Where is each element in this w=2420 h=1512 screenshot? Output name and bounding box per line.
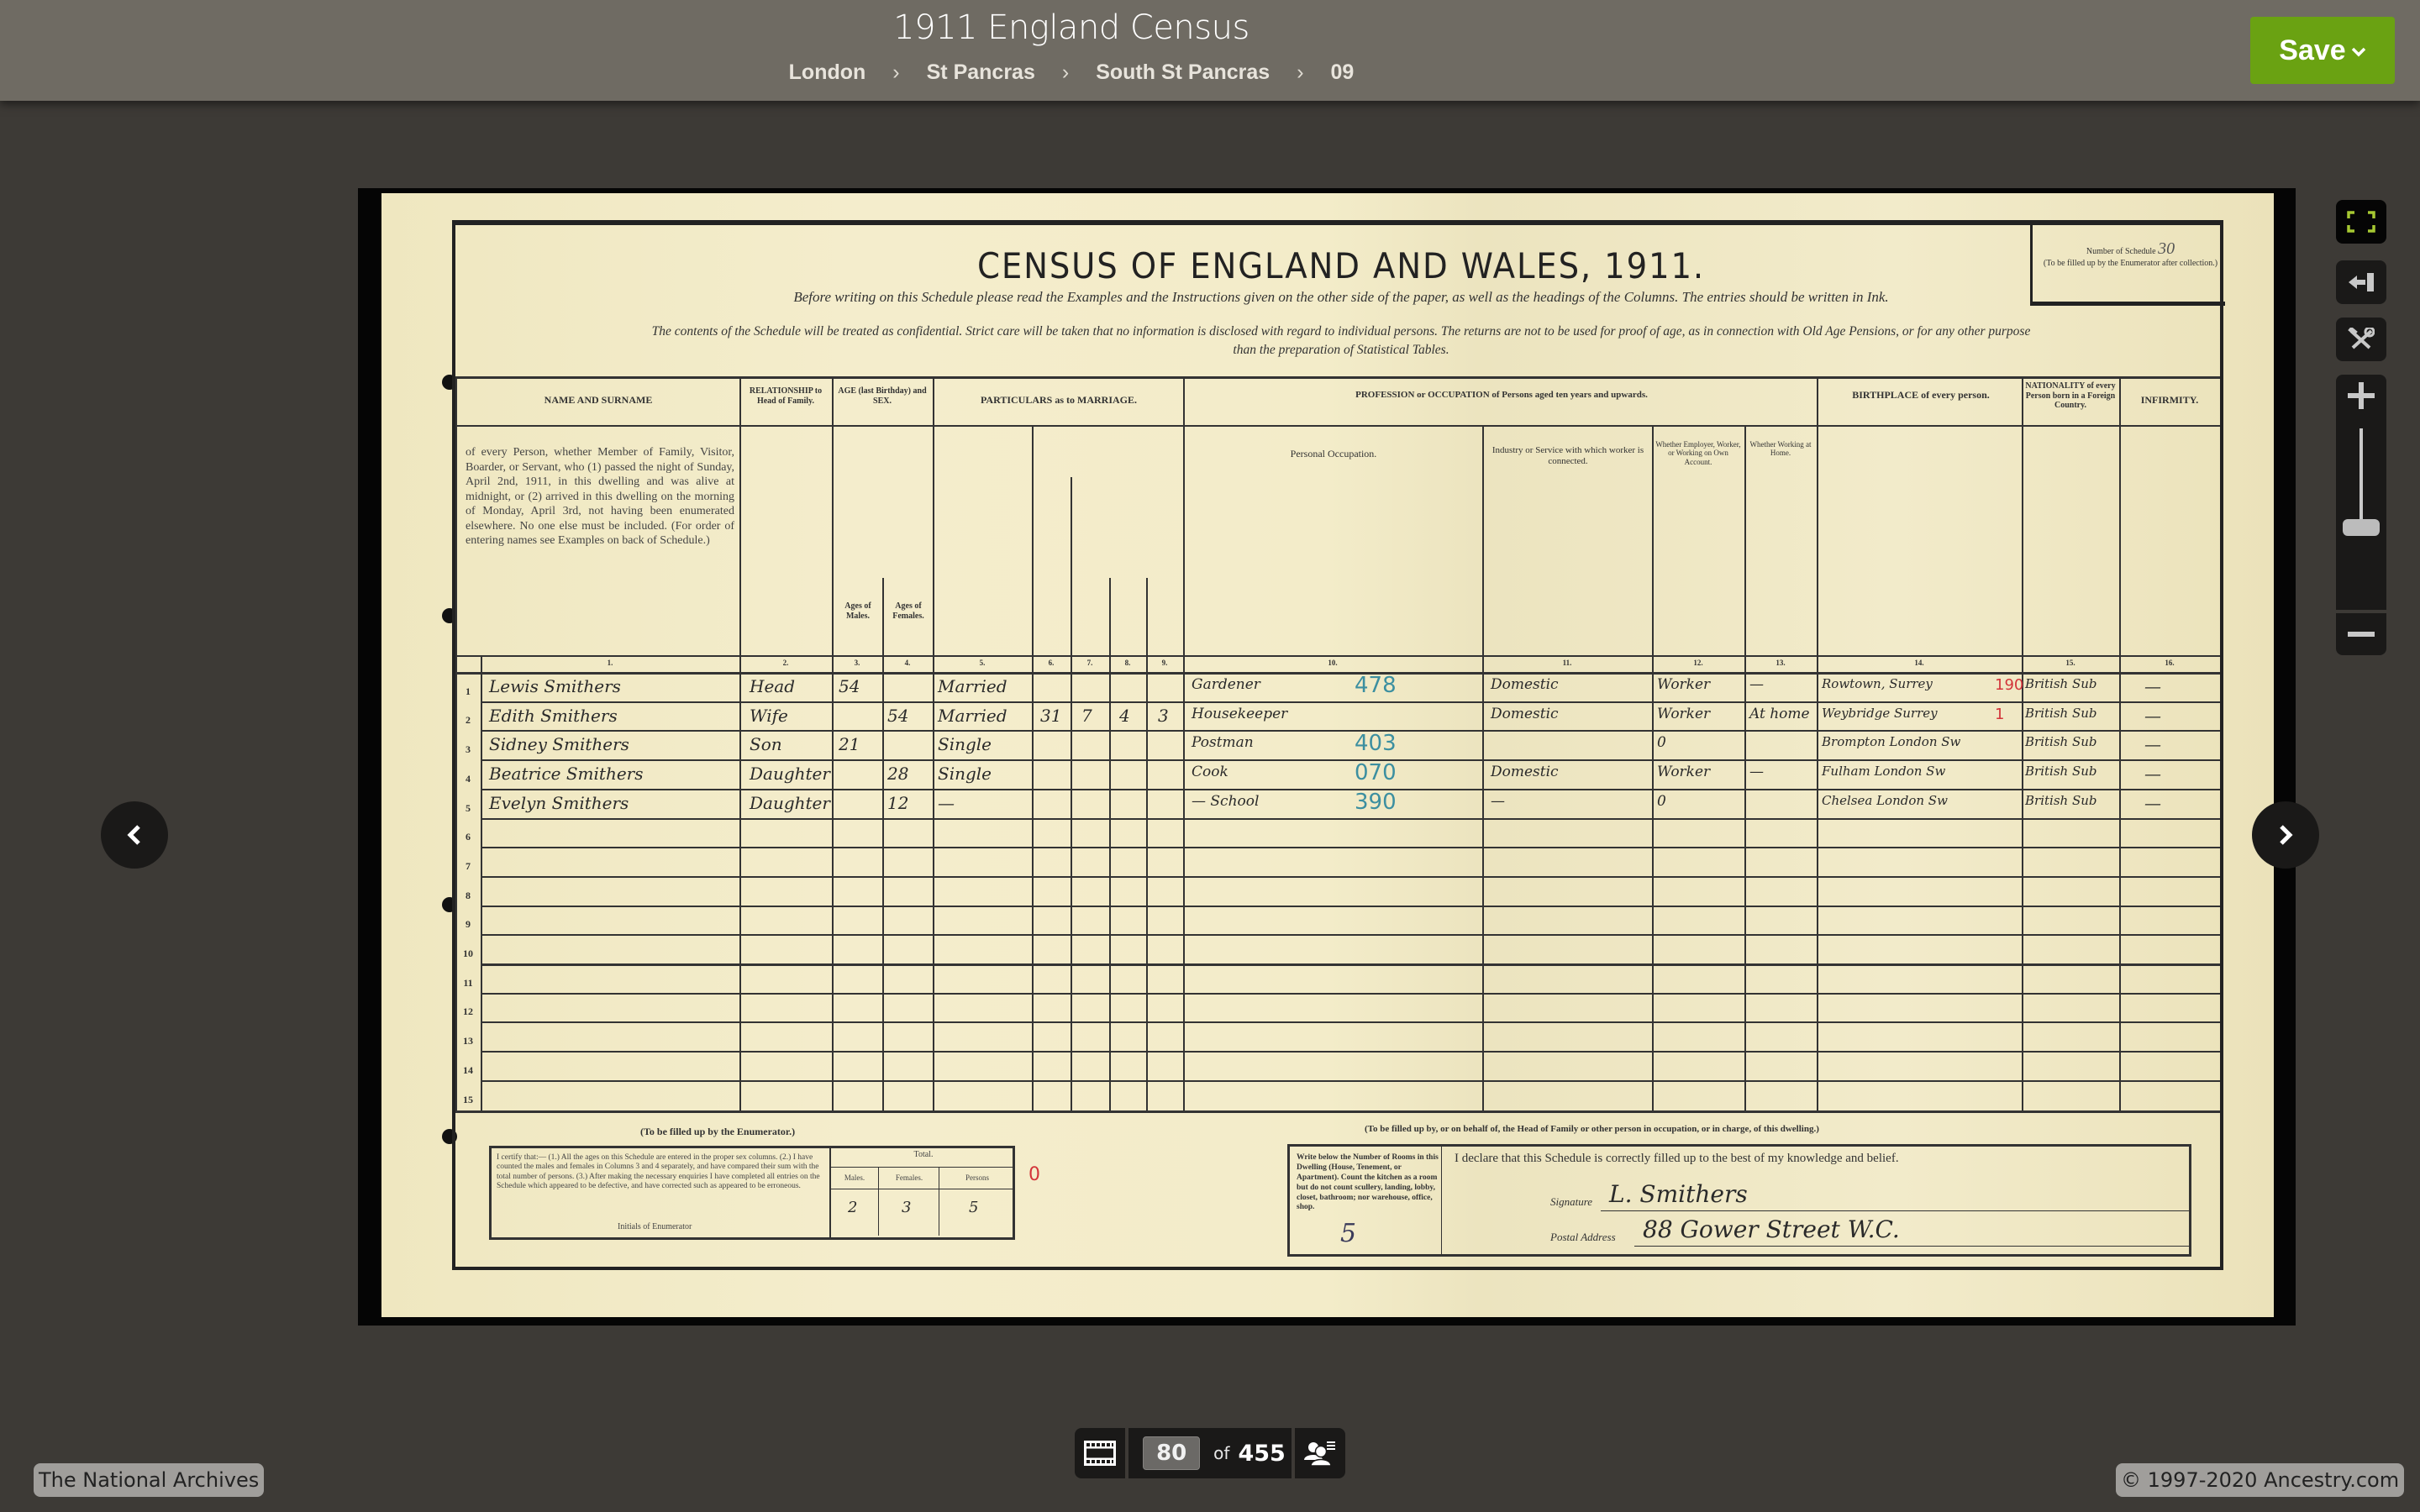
col-header-occupation: PROFESSION or OCCUPATION of Persons aged… <box>1186 390 1817 401</box>
rule <box>933 376 934 1110</box>
rule <box>1109 578 1111 1110</box>
occupation-cell: Cook <box>1192 764 1228 780</box>
zoom-out-button[interactable] <box>2336 613 2386 655</box>
rule <box>939 1167 939 1236</box>
marital-status-cell: Married <box>938 676 1007 696</box>
col-header-employer: Whether Employer, Worker, or Working on … <box>1654 440 1743 466</box>
rule <box>1744 425 1746 1110</box>
column-number: 13. <box>1770 659 1791 667</box>
filmstrip-button[interactable] <box>1075 1428 1125 1478</box>
marital-status-cell: Married <box>938 706 1007 726</box>
employer-status-cell: 0 <box>1657 734 1666 751</box>
totals-label: Total. <box>831 1150 1016 1159</box>
row-number: 4 <box>457 773 479 785</box>
save-button[interactable]: Save <box>2250 17 2395 84</box>
male-age-cell: 54 <box>839 676 860 696</box>
row-number: 2 <box>457 714 479 727</box>
males-label: Males. <box>831 1173 878 1182</box>
relationship-cell: Daughter <box>750 764 830 784</box>
industry-cell: Domestic <box>1491 706 1559 722</box>
total-pages: 455 <box>1238 1441 1285 1467</box>
schedule-number: 30 <box>2158 239 2175 258</box>
name-cell: Lewis Smithers <box>489 676 621 696</box>
rule <box>1482 425 1484 1110</box>
zoom-slider[interactable] <box>2336 415 2386 610</box>
col-header-nationality: NATIONALITY of every Person born in a Fo… <box>2023 381 2117 411</box>
row-rule <box>481 847 2220 848</box>
rule <box>455 1110 2220 1113</box>
initials-label: Initials of Enumerator <box>618 1222 692 1231</box>
row-number: 10 <box>457 948 479 960</box>
column-number: 6. <box>1040 659 1062 667</box>
tools-button[interactable] <box>2336 318 2386 361</box>
col-header-age: AGE (last Birthday) and SEX. <box>834 386 931 406</box>
collapse-panel-icon <box>2347 272 2375 292</box>
employer-status-cell: Worker <box>1657 706 1710 722</box>
row-number: 3 <box>457 743 479 756</box>
previous-image-button[interactable] <box>101 801 168 869</box>
occupation-cell: Housekeeper <box>1192 706 1287 722</box>
col-header-ages-females: Ages of Females. <box>884 601 933 621</box>
postal-address: 88 Gower Street W.C. <box>1643 1215 1900 1243</box>
document-title: CENSUS OF ENGLAND AND WALES, 1911. <box>526 245 2155 286</box>
red-mark: 0 <box>1028 1164 1040 1185</box>
birthplace-code: 1 <box>1995 706 2004 723</box>
col-header-industry: Industry or Service with which worker is… <box>1486 445 1650 466</box>
row-rule <box>481 876 2220 878</box>
collapse-panel-button[interactable] <box>2336 260 2386 304</box>
col-header-name: NAME AND SURNAME <box>472 395 724 407</box>
nationality-cell: British Sub <box>2025 793 2096 808</box>
census-form: Number of Schedule 30 (To be filled up b… <box>452 220 2223 1270</box>
head-of-family-label: (To be filled up by, or on behalf of, th… <box>1365 1124 1819 1134</box>
copyright-notice: © 1997-2020 Ancestry.com <box>2116 1463 2404 1497</box>
row-rule <box>481 1021 2220 1023</box>
infirmity-cell: — <box>2144 793 2161 813</box>
column-number: 11. <box>1556 659 1578 667</box>
row-rule <box>481 701 2220 703</box>
fullscreen-button[interactable] <box>2336 200 2386 244</box>
rule <box>1146 578 1148 1110</box>
row-rule <box>481 759 2220 761</box>
col-header-at-home: Whether Working at Home. <box>1746 440 1815 458</box>
col-header-marriage: PARTICULARS as to MARRIAGE. <box>934 395 1183 407</box>
row-number: 1 <box>457 685 479 698</box>
column-number: 14. <box>1908 659 1930 667</box>
total-females: 3 <box>902 1199 911 1216</box>
row-number: 8 <box>457 890 479 902</box>
of-label: of <box>1213 1443 1229 1463</box>
employer-status-cell: Worker <box>1657 764 1710 780</box>
col-header-relationship: RELATIONSHIP to Head of Family. <box>741 386 830 406</box>
col-header-infirmity: INFIRMITY. <box>2121 395 2218 407</box>
row-number: 13 <box>457 1035 479 1047</box>
total-persons: 5 <box>969 1199 978 1216</box>
totals-box: Total. Males. Females. Persons 2 3 5 <box>829 1148 1014 1237</box>
female-age-cell: 12 <box>887 793 908 813</box>
row-rule <box>481 993 2220 995</box>
rule <box>739 376 741 1110</box>
source-credit: The National Archives <box>34 1463 264 1497</box>
total-males: 2 <box>848 1199 857 1216</box>
rooms-count: 5 <box>1340 1219 1356 1248</box>
fullscreen-icon <box>2347 211 2375 233</box>
row-rule <box>481 789 2220 790</box>
zoom-in-button[interactable] <box>2336 375 2386 417</box>
page-number-input[interactable]: 80 <box>1143 1436 1200 1470</box>
chevron-right-icon: › <box>1062 60 1069 85</box>
next-image-button[interactable] <box>2252 801 2319 869</box>
row-rule <box>481 934 2220 936</box>
row-number: 12 <box>457 1005 479 1018</box>
filmstrip-icon <box>1084 1441 1116 1466</box>
row-number: 5 <box>457 802 479 815</box>
rule <box>882 578 884 1110</box>
children-living-cell: 4 <box>1119 706 1130 726</box>
occupation-cell: Postman <box>1192 734 1254 751</box>
name-instructions: of every Person, whether Member of Famil… <box>466 445 734 549</box>
employer-status-cell: 0 <box>1657 793 1666 810</box>
occupation-code: 390 <box>1355 790 1397 815</box>
rule <box>1183 376 1185 1110</box>
rule <box>1441 1147 1442 1254</box>
employer-status-cell: Worker <box>1657 676 1710 693</box>
rule <box>831 1167 1014 1168</box>
birthplace-cell: Weybridge Surrey <box>1822 706 1938 721</box>
occupation-code: 070 <box>1355 760 1397 785</box>
rule <box>2119 376 2121 1110</box>
row-number: 6 <box>457 831 479 843</box>
row-rule <box>481 1051 2220 1053</box>
relationship-cell: Son <box>750 734 782 754</box>
image-pager: 80 of 455 <box>1075 1428 1345 1478</box>
col-header-ages-males: Ages of Males. <box>834 601 882 621</box>
infirmity-cell: — <box>2144 676 2161 696</box>
minus-icon <box>2348 631 2375 638</box>
column-number: 5. <box>971 659 993 667</box>
save-label: Save <box>2279 34 2345 67</box>
address-label: Postal Address <box>1550 1231 1616 1244</box>
rule <box>878 1167 879 1236</box>
enumerator-label: (To be filled up by the Enumerator.) <box>640 1126 795 1138</box>
years-married-cell: 31 <box>1040 706 1061 726</box>
birthplace-cell: Fulham London Sw <box>1822 764 1945 779</box>
column-number: 10. <box>1322 659 1344 667</box>
infirmity-cell: — <box>2144 734 2161 754</box>
breadcrumb-district[interactable]: 09 <box>1331 60 1355 85</box>
rule <box>1634 1246 2189 1247</box>
enumerator-certification: I certify that:— (1.) All the ages on th… <box>497 1153 833 1192</box>
signature: L. Smithers <box>1609 1180 1748 1208</box>
rule <box>1817 376 1818 1110</box>
row-number: 15 <box>457 1094 479 1106</box>
row-number: 14 <box>457 1064 479 1077</box>
chevron-left-icon <box>126 824 143 846</box>
row-number: 7 <box>457 860 479 873</box>
male-age-cell: 21 <box>839 734 860 754</box>
column-number: 8. <box>1117 659 1139 667</box>
column-number: 12. <box>1687 659 1709 667</box>
breadcrumb-south-st-pancras[interactable]: South St Pancras <box>1096 60 1270 85</box>
rule <box>455 672 2220 675</box>
name-cell: Sidney Smithers <box>489 734 629 754</box>
column-number: 16. <box>2159 659 2181 667</box>
header-bar: 1911 England Census London›St Pancras›So… <box>0 0 2420 101</box>
chevron-right-icon: › <box>892 60 899 85</box>
occupation-cell: Gardener <box>1192 676 1260 693</box>
signature-label: Signature <box>1550 1195 1592 1209</box>
chevron-right-icon <box>2277 824 2294 846</box>
page-title: 1911 England Census <box>0 8 2143 47</box>
column-number: 3. <box>846 659 868 667</box>
marital-status-cell: Single <box>938 764 992 784</box>
rule <box>455 376 2220 379</box>
birthplace-cell: Brompton London Sw <box>1822 734 1960 749</box>
at-home-cell: — <box>1749 764 1764 780</box>
rule <box>481 655 482 1110</box>
column-number: 15. <box>2060 659 2081 667</box>
females-label: Females. <box>880 1173 939 1182</box>
occupation-code: 478 <box>1355 673 1397 698</box>
enumerator-box: I certify that:— (1.) All the ages on th… <box>489 1146 1015 1240</box>
breadcrumb-st-pancras[interactable]: St Pancras <box>927 60 1035 85</box>
column-number: 7. <box>1079 659 1101 667</box>
infirmity-cell: — <box>2144 764 2161 784</box>
children-died-cell: 3 <box>1158 706 1169 726</box>
birthplace-code: 190 <box>1995 676 2023 694</box>
rule <box>831 1189 1014 1189</box>
children-born-cell: 7 <box>1081 706 1092 726</box>
name-cell: Evelyn Smithers <box>489 793 629 813</box>
birthplace-cell: Rowtown, Surrey <box>1822 676 1933 691</box>
row-rule <box>481 818 2220 820</box>
rule <box>1032 425 1034 1110</box>
index-panel-button[interactable] <box>1295 1428 1345 1478</box>
chevron-right-icon: › <box>1297 60 1303 85</box>
occupation-code: 403 <box>1355 731 1397 756</box>
name-cell: Beatrice Smithers <box>489 764 644 784</box>
nationality-cell: British Sub <box>2025 676 2096 691</box>
at-home-cell: At home <box>1749 706 1810 722</box>
column-number: 2. <box>775 659 797 667</box>
confidential-notice: The contents of the Schedule will be tre… <box>455 324 2227 339</box>
rooms-instructions: Write below the Number of Rooms in this … <box>1297 1153 1439 1213</box>
female-age-cell: 28 <box>887 764 908 784</box>
row-rule <box>481 906 2220 907</box>
industry-cell: Domestic <box>1491 764 1559 780</box>
confidential-notice-2: than the preparation of Statistical Tabl… <box>455 343 2227 358</box>
nationality-cell: British Sub <box>2025 706 2096 721</box>
industry-cell: Domestic <box>1491 676 1559 693</box>
tools-icon <box>2348 328 2375 351</box>
col-header-personal-occupation: Personal Occupation. <box>1186 449 1481 460</box>
rule <box>455 425 2220 427</box>
rule <box>455 655 2220 657</box>
page-navigator: 80 of 455 <box>1128 1428 1292 1478</box>
zoom-slider-thumb[interactable] <box>2343 519 2380 536</box>
persons-label: Persons <box>940 1173 1014 1182</box>
marital-status-cell: Single <box>938 734 992 754</box>
industry-cell: — <box>1491 793 1505 810</box>
occupation-cell: — School <box>1192 793 1259 810</box>
infirmity-cell: — <box>2144 706 2161 726</box>
col-header-birthplace: BIRTHPLACE of every person. <box>1822 390 2020 402</box>
name-cell: Edith Smithers <box>489 706 618 726</box>
at-home-cell: — <box>1749 676 1764 693</box>
rule <box>832 376 834 1110</box>
column-number: 9. <box>1154 659 1176 667</box>
document-subtitle: Before writing on this Schedule please r… <box>455 289 2227 306</box>
declaration: I declare that this Schedule is correctl… <box>1455 1152 1899 1166</box>
row-number: 9 <box>457 918 479 931</box>
dwelling-box: Write below the Number of Rooms in this … <box>1287 1144 2191 1257</box>
row-rule <box>481 730 2220 732</box>
row-number: 11 <box>457 977 479 990</box>
relationship-cell: Wife <box>750 706 788 726</box>
nationality-cell: British Sub <box>2025 764 2096 779</box>
rule <box>1652 425 1654 1110</box>
breadcrumb: London›St Pancras›South St Pancras›09 <box>0 60 2143 85</box>
marital-status-cell: — <box>938 793 955 813</box>
plus-icon <box>2348 382 2375 409</box>
row-rule <box>481 1080 2220 1082</box>
relationship-cell: Head <box>750 676 795 696</box>
rule <box>1071 477 1072 1110</box>
row-rule <box>481 963 2220 966</box>
column-number: 1. <box>599 659 621 667</box>
people-list-icon <box>1303 1440 1337 1467</box>
chevron-down-icon <box>2351 46 2366 58</box>
rule <box>1601 1210 2189 1211</box>
birthplace-cell: Chelsea London Sw <box>1822 793 1948 808</box>
breadcrumb-london[interactable]: London <box>789 60 866 85</box>
relationship-cell: Daughter <box>750 793 830 813</box>
rule <box>2022 376 2023 1110</box>
column-number: 4. <box>897 659 918 667</box>
female-age-cell: 54 <box>887 706 908 726</box>
nationality-cell: British Sub <box>2025 734 2096 749</box>
